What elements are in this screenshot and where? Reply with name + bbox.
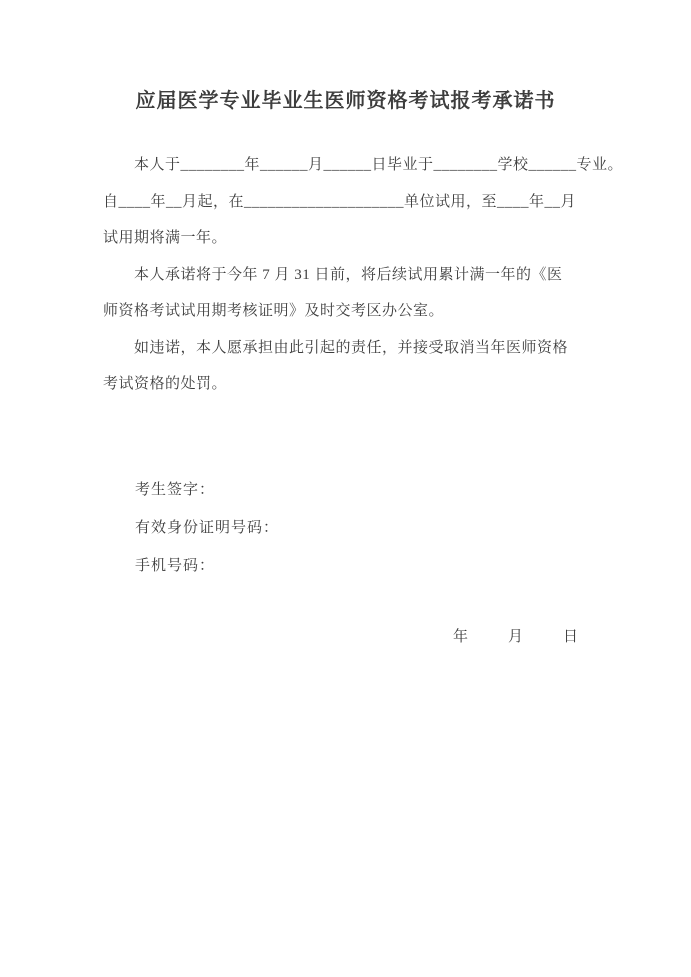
year-label: 年 [453, 630, 468, 645]
paragraph-3-line-1: 如违诺，本人愿承担由此引起的责任，并接受取消当年医师资格 [103, 330, 591, 367]
paragraph-1-line-3: 试用期将满一年。 [103, 220, 591, 257]
document-page: 应届医学专业毕业生医师资格考试报考承诺书 本人于________年______月… [0, 0, 691, 977]
paragraph-1-line-1: 本人于________年______月______日毕业于________学校_… [103, 147, 591, 184]
phone-number-label: 手机号码： [135, 547, 279, 585]
paragraph-2-line-1: 本人承诺将于今年 7 月 31 日前，将后续试用累计满一年的《医 [103, 257, 591, 294]
date-line: 年 月 日 [453, 630, 578, 645]
paragraph-2-line-2: 师资格考试试用期考核证明》及时交考区办公室。 [103, 293, 591, 330]
paragraph-3-line-2: 考试资格的处罚。 [103, 366, 591, 403]
document-body: 本人于________年______月______日毕业于________学校_… [103, 147, 591, 403]
signature-block: 考生签字： 有效身份证明号码： 手机号码： [135, 471, 279, 585]
month-label: 月 [508, 630, 523, 645]
paragraph-1-line-2: 自____年__月起，在____________________单位试用，至__… [103, 184, 591, 221]
day-label: 日 [563, 630, 578, 645]
page-title: 应届医学专业毕业生医师资格考试报考承诺书 [0, 84, 691, 113]
signer-signature-label: 考生签字： [135, 471, 279, 509]
id-number-label: 有效身份证明号码： [135, 509, 279, 547]
